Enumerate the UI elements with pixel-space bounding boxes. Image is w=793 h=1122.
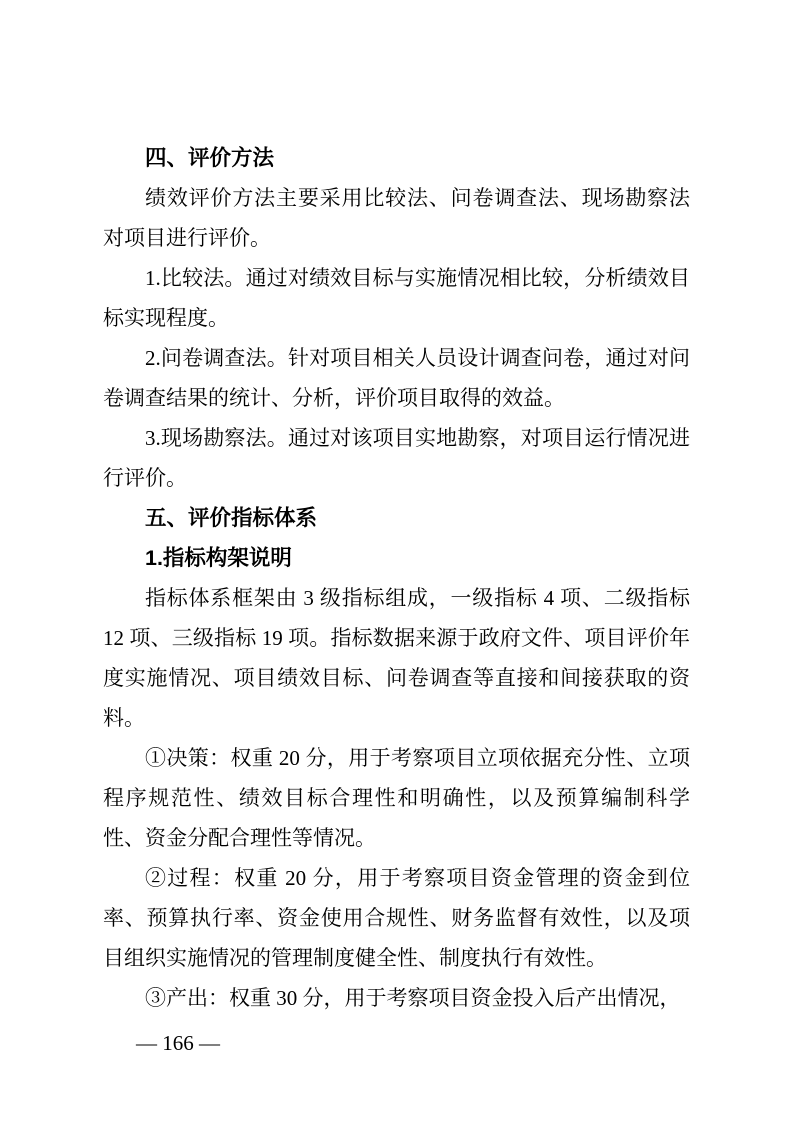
section-heading-indicator-system: 五、评价指标体系: [103, 498, 690, 538]
paragraph-method-site-survey: 3.现场勘察法。通过对该项目实地勘察，对项目运行情况进行评价。: [103, 418, 690, 498]
paragraph-method-questionnaire: 2.问卷调查法。针对项目相关人员设计调查问卷，通过对问卷调查结果的统计、分析，评…: [103, 338, 690, 418]
paragraph-indicator-process: ②过程：权重 20 分，用于考察项目资金管理的资金到位率、预算执行率、资金使用合…: [103, 858, 690, 978]
page-footer: — 166 —: [115, 1001, 220, 1085]
paragraph-framework-description: 指标体系框架由 3 级指标组成，一级指标 4 项、二级指标 12 项、三级指标 …: [103, 578, 690, 738]
document-page: 四、评价方法 绩效评价方法主要采用比较法、问卷调查法、现场勘察法对项目进行评价。…: [0, 0, 793, 1122]
document-body: 四、评价方法 绩效评价方法主要采用比较法、问卷调查法、现场勘察法对项目进行评价。…: [103, 138, 690, 1018]
page-number: — 166 —: [136, 1031, 220, 1055]
paragraph-methods-intro: 绩效评价方法主要采用比较法、问卷调查法、现场勘察法对项目进行评价。: [103, 178, 690, 258]
paragraph-method-comparison: 1.比较法。通过对绩效目标与实施情况相比较，分析绩效目标实现程度。: [103, 258, 690, 338]
subheading-indicator-framework: 1.指标构架说明: [103, 538, 690, 578]
paragraph-indicator-decision: ①决策：权重 20 分，用于考察项目立项依据充分性、立项程序规范性、绩效目标合理…: [103, 738, 690, 858]
section-heading-evaluation-methods: 四、评价方法: [103, 138, 690, 178]
